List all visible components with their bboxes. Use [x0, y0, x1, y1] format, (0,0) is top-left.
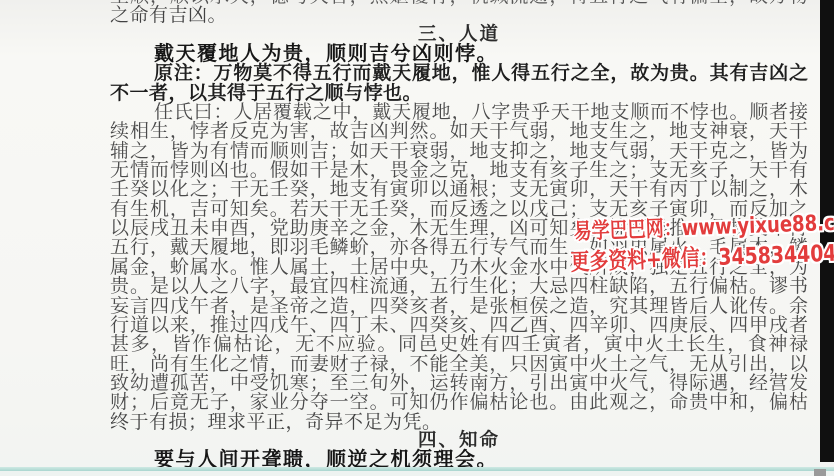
text-line: 辅之，皆为有情而顺则吉；如天干衰弱，地支抑之，地支气弱，天干克之，皆为	[110, 142, 808, 161]
text-line: 致幼遭孤苦，中受饥寒；至三旬外，运转南方，引出寅中火气，得际遇，经营发	[110, 374, 808, 393]
text-line: 贵。是以人之八字，最宜四柱流通，五行生化；大忌四柱缺陷，五行偏枯。谬书	[110, 277, 808, 296]
scrollbar-corner	[814, 469, 826, 476]
text-line: 甚多，皆作偏枯论，无不应验。同邑史姓有四壬寅者，寅中火土长生，食神禄	[110, 335, 808, 354]
text-line: 壬癸以化之；干无壬癸，地支有寅卯以通根；支无寅卯，天干有丙丁以制之，木	[110, 180, 808, 199]
video-frame: 主顺，顺以承天，德与天合，煦妪覆育，机缄流通，特五行之气有偏全，故万物之命有吉凶…	[0, 0, 834, 476]
text-line: 妄言四戊午者，是圣帝之造，四癸亥者，是张桓侯之造，究其理皆后人讹传。余	[110, 297, 808, 316]
text-line: 无情而悖则凶也。假如干是木，畏金之克，地支有亥子生之；支无亥子，天干有	[110, 161, 808, 180]
text-line: 行道以来，推过四戊午、四丁未、四癸亥、四乙酉、四辛卯、四庚辰、四甲戌者	[110, 316, 808, 335]
text-line: 续相生，悖者反克为害，故吉凶判然。如天干气弱，地支生之，地支神衰，天干	[110, 122, 808, 141]
text-line: 之命有吉凶。	[110, 6, 808, 25]
text-line: 不一者，以其得于五行之顺与悖也。	[110, 84, 808, 103]
text-line: 原注：万物莫不得五行而戴天履地，惟人得五行之全，故为贵。其有吉凶之	[110, 64, 808, 83]
text-line: 戴天覆地人为贵，顺则吉兮凶则悖。	[110, 45, 808, 64]
text-line: 财；后竟无子，家业分夺一空。可知仍作偏枯论也。由此观之，命贵中和，偏枯	[110, 393, 808, 412]
bottom-strip	[0, 471, 834, 476]
text-line: 旺，尚有生化之情，而妻财子禄，不能全美，只因寅中火土之气，无从引出，以	[110, 355, 808, 374]
text-line: 终于有损；理求平正，奇异不足为凭。	[110, 413, 808, 432]
text-line: 任氏曰：人居覆载之中，戴天履地，八字贵乎天干地支顺而不悖也。顺者接	[110, 103, 808, 122]
